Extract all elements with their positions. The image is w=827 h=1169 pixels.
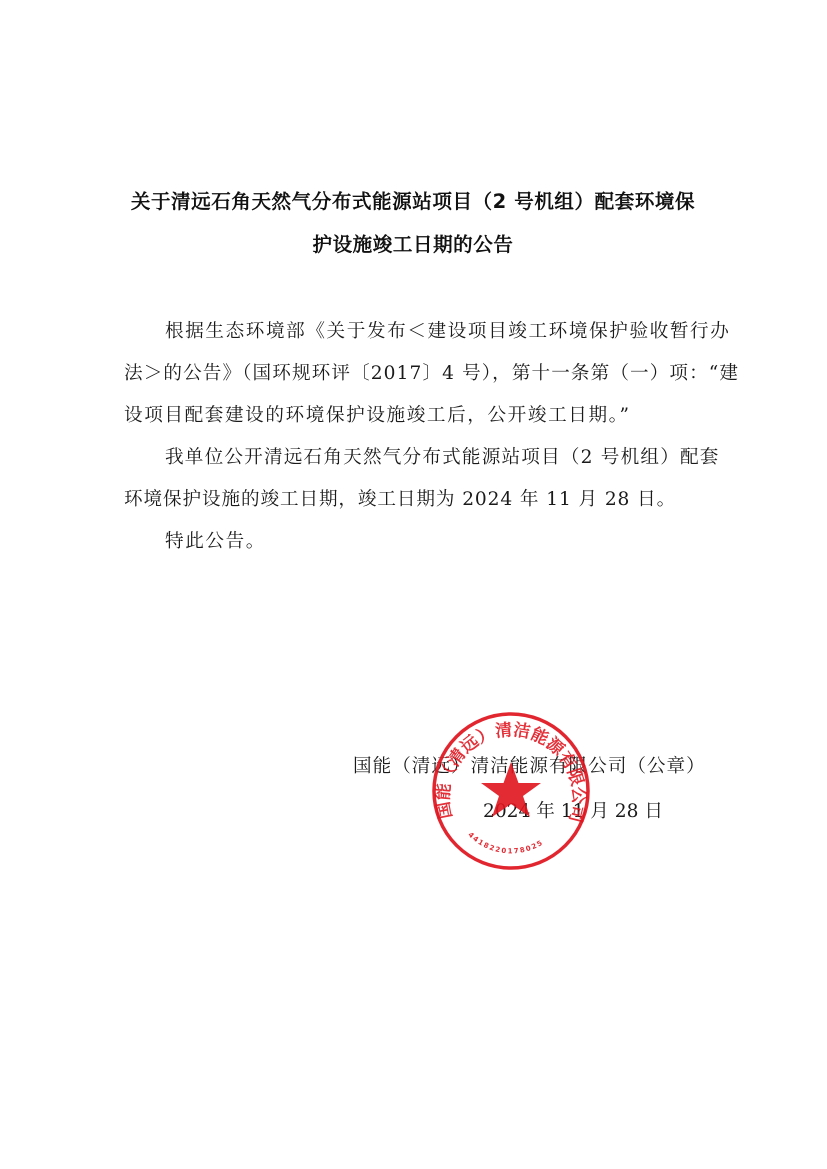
paragraph-1-line-3: 设项目配套建设的环境保护设施竣工后，公开竣工日期。”: [124, 401, 631, 427]
paragraph-1-line-1: 根据生态环境部《关于发布＜建设项目竣工环境保护验收暂行办: [165, 317, 730, 343]
paragraph-3-line-1: 特此公告。: [165, 527, 266, 553]
svg-text:4418220178025: 4418220178025: [466, 831, 545, 856]
paragraph-2-line-2: 环境保护设施的竣工日期，竣工日期为 2024 年 11 月 28 日。: [124, 485, 676, 511]
signature-company: 国能（清远）清洁能源有限公司（公章）: [353, 752, 706, 778]
title-line-1: 关于清远石角天然气分布式能源站项目（2 号机组）配套环境保: [110, 186, 716, 214]
document-page: 关于清远石角天然气分布式能源站项目（2 号机组）配套环境保 护设施竣工日期的公告…: [0, 0, 827, 1169]
seal-code: 4418220178025: [466, 831, 545, 856]
official-seal-icon: 国能（清远）清洁能源有限公司 4418220178025: [430, 710, 592, 872]
title-line-2: 护设施竣工日期的公告: [110, 229, 716, 257]
paragraph-2-line-1: 我单位公开清远石角天然气分布式能源站项目（2 号机组）配套: [165, 443, 720, 469]
signature-date: 2024 年 11 月 28 日: [483, 797, 663, 823]
paragraph-1-line-2: 法＞的公告》（国环规环评〔2017〕4 号），第十一条第（一）项：“建: [124, 359, 739, 385]
